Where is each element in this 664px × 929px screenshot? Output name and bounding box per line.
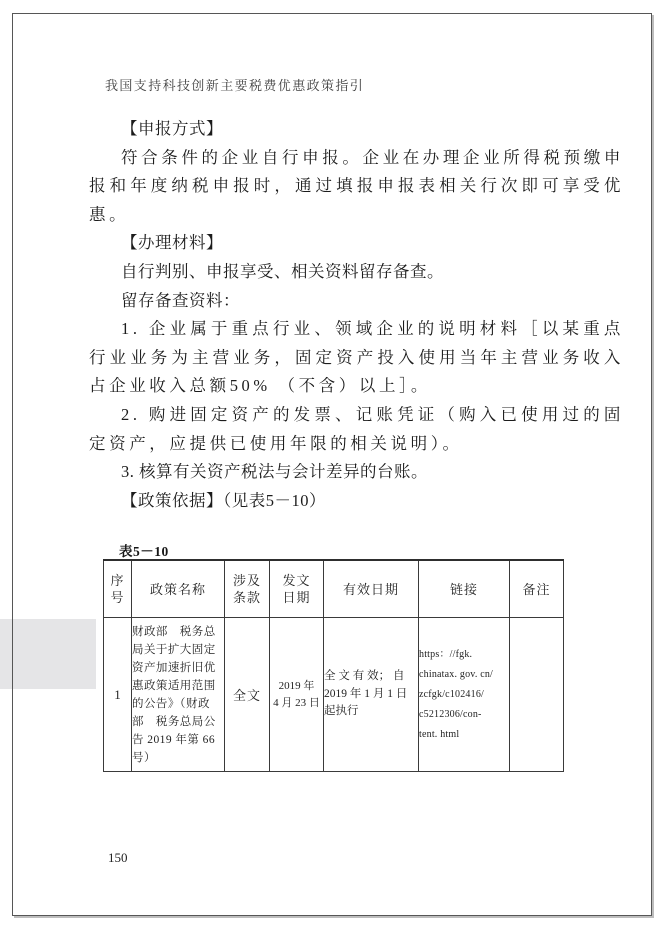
paragraph: 留存备查资料： bbox=[89, 287, 624, 316]
list-item-2: 2. 购进固定资产的发票、记账凭证（购入已使用过的固定资产，应提供已使用年限的相… bbox=[89, 401, 624, 458]
cell-policy-name: 财政部 税务总 局关于扩大固定 资产加速折旧优 惠政策适用范围 的公告》（财政 … bbox=[132, 618, 225, 772]
section-heading-declaration-method: 【申报方式】 bbox=[89, 115, 624, 144]
page-number: 150 bbox=[108, 850, 128, 866]
cell-clauses: 全文 bbox=[225, 618, 270, 772]
table-caption: 表5－10 bbox=[119, 540, 169, 560]
section-heading-handling-materials: 【办理材料】 bbox=[89, 229, 624, 258]
policy-table: 序 号 政策名称 涉及 条款 发文 日期 有效日期 链接 备注 1 财政部 税务… bbox=[103, 559, 564, 772]
col-header-valid-date: 有效日期 bbox=[324, 560, 419, 618]
cell-link-url: https：//fgk. chinatax. gov. cn/ zcfgk/c1… bbox=[419, 618, 510, 772]
cell-valid-date: 全 文 有 效； 自 2019 年 1 月 1 日 起执行 bbox=[324, 618, 419, 772]
book-page: 我国支持科技创新主要税费优惠政策指引 【申报方式】 符合条件的企业自行申报。企业… bbox=[12, 13, 652, 916]
cell-note bbox=[510, 618, 564, 772]
section-heading-policy-basis: 【政策依据】（见表5－10） bbox=[89, 487, 624, 516]
col-header-link: 链接 bbox=[419, 560, 510, 618]
col-header-issue-date: 发文 日期 bbox=[270, 560, 324, 618]
col-header-note: 备注 bbox=[510, 560, 564, 618]
paragraph: 自行判别、申报享受、相关资料留存备查。 bbox=[89, 258, 624, 287]
running-header: 我国支持科技创新主要税费优惠政策指引 bbox=[105, 75, 364, 94]
list-item-3: 3. 核算有关资产税法与会计差异的台账。 bbox=[89, 458, 624, 487]
table-row: 1 财政部 税务总 局关于扩大固定 资产加速折旧优 惠政策适用范围 的公告》（财… bbox=[104, 618, 564, 772]
table-header-row: 序 号 政策名称 涉及 条款 发文 日期 有效日期 链接 备注 bbox=[104, 560, 564, 618]
col-header-policy-name: 政策名称 bbox=[132, 560, 225, 618]
body-text: 【申报方式】 符合条件的企业自行申报。企业在办理企业所得税预缴申报和年度纳税申报… bbox=[89, 115, 624, 515]
paragraph: 符合条件的企业自行申报。企业在办理企业所得税预缴申报和年度纳税申报时，通过填报申… bbox=[89, 144, 624, 230]
list-item-1: 1. 企业属于重点行业、领域企业的说明材料［以某重点行业业务为主营业务，固定资产… bbox=[89, 315, 624, 401]
col-header-clauses: 涉及 条款 bbox=[225, 560, 270, 618]
cell-no: 1 bbox=[104, 618, 132, 772]
cell-issue-date: 2019 年 4 月 23 日 bbox=[270, 618, 324, 772]
col-header-no: 序 号 bbox=[104, 560, 132, 618]
document-canvas: 我国支持科技创新主要税费优惠政策指引 【申报方式】 符合条件的企业自行申报。企业… bbox=[0, 0, 664, 929]
